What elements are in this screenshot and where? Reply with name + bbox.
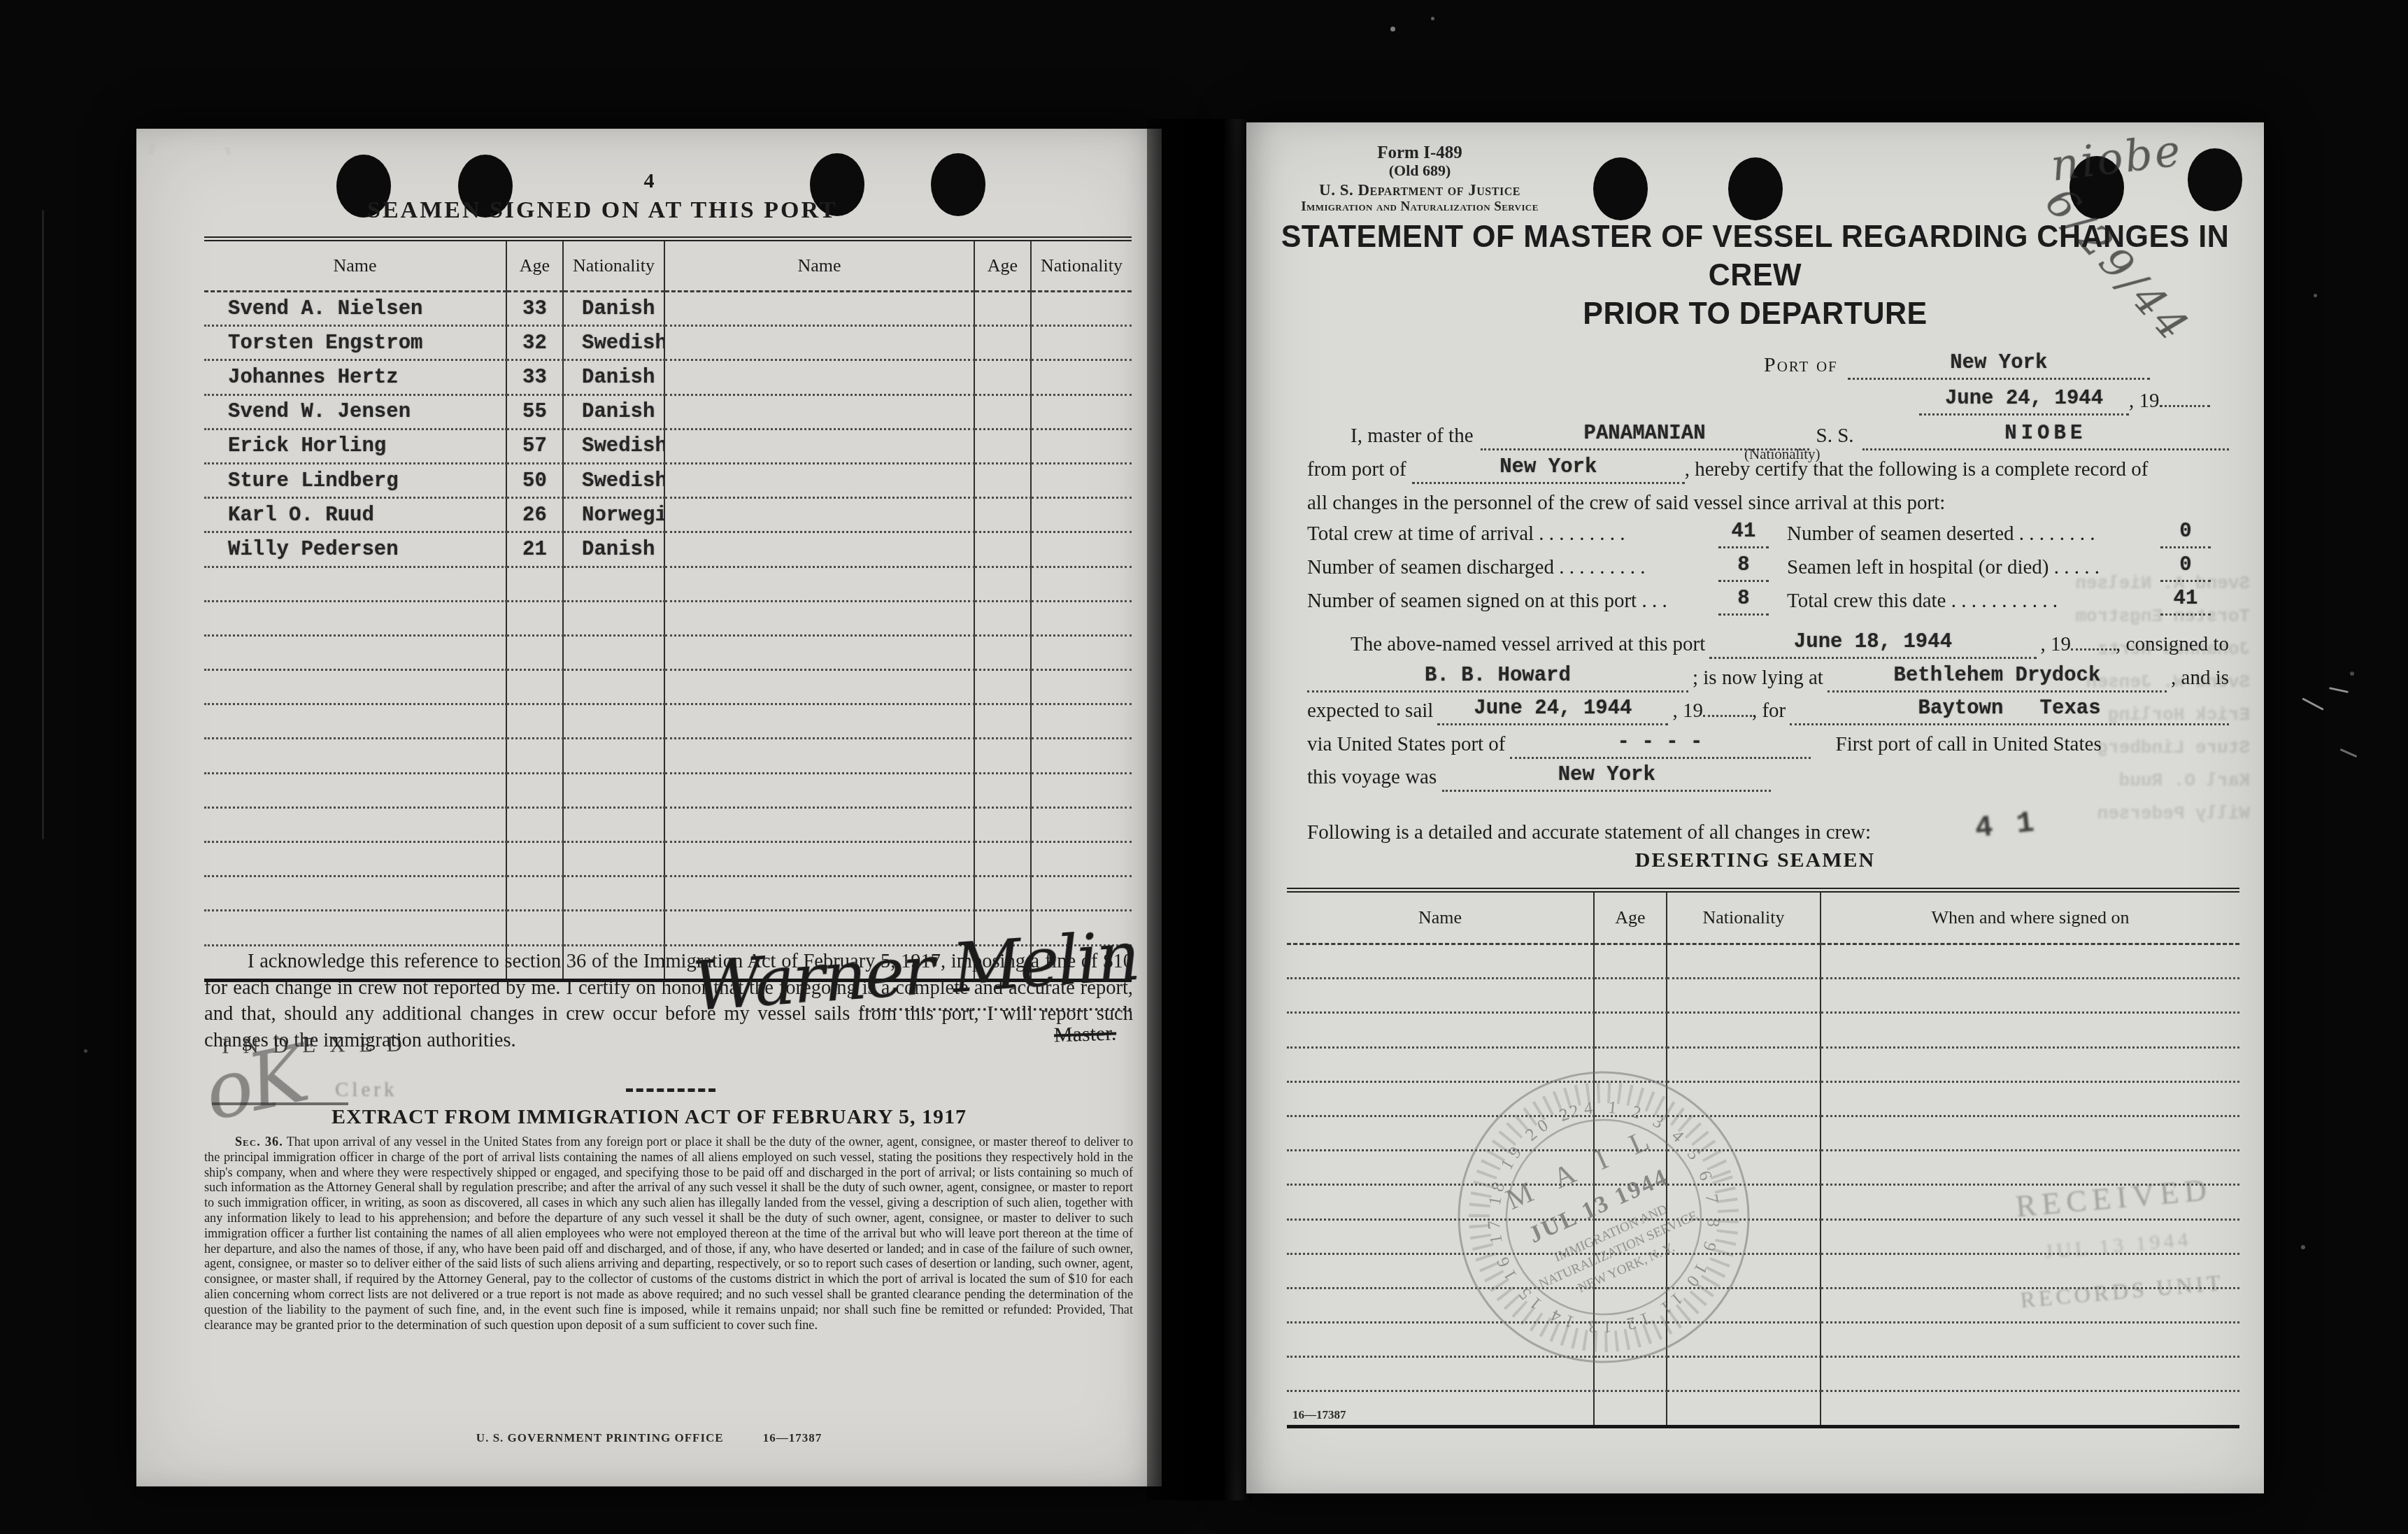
stat-label: Number of seamen signed on at this port …	[1307, 590, 1667, 613]
table-row: Svend W. Jensen 55 Danish	[204, 395, 1132, 429]
crew-name: Willy Pedersen	[204, 532, 506, 567]
vessel-name-value: NIOBE	[2004, 422, 2086, 445]
print-code: 16—17387	[763, 1431, 822, 1444]
crew-age: 33	[506, 360, 563, 395]
print-code: 16—17387	[1292, 1408, 1346, 1422]
crew-rows: Svend A. Nielsen 33 Danish Torsten Engst…	[204, 292, 1132, 567]
left-page-seamen-list: 4 SEAMEN SIGNED ON AT THIS PORT Name Age…	[136, 129, 1162, 1486]
from-port-label: from port of	[1307, 458, 1406, 481]
crew-name: Karl O. Ruud	[204, 498, 506, 532]
crew-name: Erick Horling	[204, 429, 506, 463]
received-date: JUL 13 1944	[1978, 1222, 2258, 1270]
table-header-row: Name Age Nationality Name Age Nationalit…	[204, 239, 1132, 292]
table-row: Sture Lindberg 50 Swedish	[204, 463, 1132, 497]
vessel-name-blank: NIOBE	[1862, 425, 2229, 450]
stat-label: Number of seamen deserted . . . . . . . …	[1787, 523, 2095, 546]
bleedthrough-line: Svend W. Jensen	[1942, 666, 2250, 699]
extract-text: That upon arrival of any vessel in the U…	[204, 1135, 1133, 1332]
right-page-master-statement: Form I-489 (Old 689) U. S. Department of…	[1246, 122, 2264, 1493]
voyage-blank: New York	[1442, 766, 1771, 792]
empty-table-row	[204, 670, 1132, 704]
stat-line: Number of seamen signed on at this port …	[1307, 590, 1787, 623]
stat-label: Total crew at time of arrival . . . . . …	[1307, 523, 1625, 546]
empty-table-row	[204, 601, 1132, 635]
nationality-blank: PANAMANIAN (Nationality)	[1481, 425, 1809, 450]
via-port-value: - - - -	[1618, 730, 1703, 753]
bleedthrough-line: Svend A. Nielsen	[1942, 567, 2250, 600]
certification-paragraph: I, master of the PANAMANIAN (Nationality…	[1307, 425, 2229, 525]
via-port-blank: - - - -	[1510, 733, 1811, 759]
stat-line: Total crew at time of arrival . . . . . …	[1307, 523, 1787, 556]
page-number: 4	[136, 169, 1162, 193]
empty-table-row	[1287, 1357, 2239, 1391]
crew-nationality: Norwegian	[563, 498, 664, 532]
empty-table-row	[1287, 1013, 2239, 1047]
col-header-age: Age	[1594, 890, 1667, 944]
bleedthrough-text: Svend A. NielsenTorsten EngstromJohannes…	[1942, 567, 2250, 830]
left-page-title: SEAMEN SIGNED ON AT THIS PORT	[367, 197, 837, 224]
empty-table-row	[1287, 1391, 2239, 1426]
table-row: Karl O. Ruud 26 Norwegian	[204, 498, 1132, 532]
voyage-value: New York	[1558, 763, 1655, 786]
scan-speck	[225, 146, 231, 155]
arrived-date: June 18, 1944	[1794, 630, 1952, 653]
voyage-label: this voyage was	[1307, 766, 1437, 789]
service-name: Immigration and Naturalization Service	[1280, 199, 1560, 215]
form-title-line2: PRIOR TO DEPARTURE	[1246, 295, 2264, 334]
sail-date-blank: June 24, 1944	[1437, 699, 1668, 725]
stat-value: 8	[1737, 587, 1749, 610]
master-label: Master.	[1053, 1021, 1116, 1047]
form-title-line1: STATEMENT OF MASTER OF VESSEL REGARDING …	[1246, 218, 2264, 294]
port-of-label: Port of	[1764, 353, 1838, 377]
table-header-row: Name Age Nationality When and where sign…	[1287, 890, 2239, 944]
col-header-name: Name	[1287, 890, 1594, 944]
stat-value: 8	[1737, 553, 1749, 576]
date-line: June 24, 1944 , 19	[1919, 390, 2210, 416]
printing-office-footer: U. S. GOVERNMENT PRINTING OFFICE16—17387	[136, 1431, 1162, 1445]
crew-age: 32	[506, 326, 563, 360]
empty-table-row	[204, 739, 1132, 773]
col-header-age-2: Age	[974, 239, 1031, 292]
empty-table-row	[1287, 1081, 2239, 1116]
port-of-value: New York	[1950, 351, 2047, 374]
crew-nationality: Danish	[563, 532, 664, 567]
table-row: Willy Pedersen 21 Danish	[204, 532, 1132, 567]
crew-name: Svend W. Jensen	[204, 395, 506, 429]
department-name: U. S. Department of Justice	[1280, 181, 1560, 199]
crew-age: 26	[506, 498, 563, 532]
crew-nationality: Danish	[563, 292, 664, 326]
stat-value-blank: 41	[1718, 523, 1769, 548]
section-label: Sec. 36.	[204, 1135, 283, 1149]
stat-value-blank: 0	[2160, 523, 2211, 548]
cert-lead: I, master of the	[1351, 425, 1474, 448]
table-row: Johannes Hertz 33 Danish	[204, 360, 1132, 395]
punch-hole	[1593, 157, 1648, 220]
bleedthrough-line: Sture Lindberg	[1942, 732, 2250, 765]
form-identifier-block: Form I-489 (Old 689) U. S. Department of…	[1280, 143, 1560, 215]
crew-nationality: Swedish	[563, 326, 664, 360]
empty-table-row	[204, 876, 1132, 911]
empty-table-row	[204, 635, 1132, 669]
date-value: June 24, 1944	[1945, 387, 2103, 410]
scanned-document: 4 SEAMEN SIGNED ON AT THIS PORT Name Age…	[0, 0, 2408, 1534]
via-port-label: via United States port of	[1307, 733, 1506, 756]
col-header-nationality-2: Nationality	[1031, 239, 1132, 292]
consignee-value: B. B. Howard	[1425, 664, 1571, 687]
stat-line: Number of seamen deserted . . . . . . . …	[1787, 523, 2229, 556]
col-header-nationality: Nationality	[563, 239, 664, 292]
table-row: Torsten Engstrom 32 Swedish	[204, 326, 1132, 360]
empty-table-row	[1287, 1047, 2239, 1081]
crew-name: Torsten Engstrom	[204, 326, 506, 360]
lying-at-label: ; is now lying at	[1693, 667, 1823, 690]
col-header-name: Name	[204, 239, 506, 292]
stat-value: 0	[2179, 520, 2191, 543]
col-header-age: Age	[506, 239, 563, 292]
ss-label: S. S.	[1816, 425, 1854, 448]
consignee-blank: B. B. Howard	[1307, 667, 1688, 693]
crew-age: 55	[506, 395, 563, 429]
bleedthrough-line: Karl O. Ruud	[1942, 765, 2250, 797]
form-old-number: (Old 689)	[1280, 162, 1560, 180]
dash-mark	[626, 1088, 715, 1092]
from-port-value: New York	[1499, 455, 1597, 478]
clerk-label: Clerk	[335, 1079, 397, 1102]
bleedthrough-line: Erick Horling	[1942, 699, 2250, 732]
crew-age: 57	[506, 429, 563, 463]
empty-table-row	[1287, 979, 2239, 1013]
bleedthrough-line: Johannes Hertz	[1942, 633, 2250, 666]
page-fold-shadow	[1147, 119, 1252, 1500]
empty-table-row	[1287, 1323, 2239, 1357]
from-port-blank: New York	[1412, 458, 1685, 484]
arrived-label: The above-named vessel arrived at this p…	[1351, 633, 1705, 656]
punch-hole	[1728, 157, 1783, 220]
table-row: Svend A. Nielsen 33 Danish	[204, 292, 1132, 326]
crew-nationality: Danish	[563, 395, 664, 429]
year-prefix: , 19	[2129, 390, 2160, 413]
stat-value: 41	[1732, 520, 1756, 543]
empty-table-row	[1287, 944, 2239, 979]
crew-age: 33	[506, 292, 563, 326]
printing-office-label: U. S. GOVERNMENT PRINTING OFFICE	[476, 1431, 724, 1444]
form-number: Form I-489	[1280, 143, 1560, 163]
year-blank	[2160, 405, 2210, 407]
following-statement-line: Following is a detailed and accurate sta…	[1307, 821, 1871, 844]
empty-table-row	[204, 842, 1132, 876]
crew-name: Sture Lindberg	[204, 463, 506, 497]
stat-label: Number of seamen discharged . . . . . . …	[1307, 556, 1645, 579]
col-header-nationality: Nationality	[1667, 890, 1821, 944]
stat-value-blank: 8	[1718, 556, 1769, 582]
nationality-value: PANAMANIAN	[1584, 422, 1706, 445]
crew-age: 50	[506, 463, 563, 497]
crew-nationality: Danish	[563, 360, 664, 395]
deserting-seamen-title: DESERTING SEAMEN	[1246, 848, 2264, 872]
crew-nationality: Swedish	[563, 463, 664, 497]
sail-date: June 24, 1944	[1474, 697, 1632, 720]
expected-sail-label: expected to sail	[1307, 699, 1433, 723]
bleedthrough-line: Torsten Engstrom	[1942, 600, 2250, 633]
nationality-caption: (Nationality)	[1744, 446, 1820, 463]
extract-paragraph: Sec. 36. That upon arrival of any vessel…	[204, 1135, 1133, 1333]
port-of-blank: New York	[1848, 354, 2150, 380]
signature-line	[860, 1008, 1132, 1011]
empty-crew-rows	[204, 567, 1132, 980]
stat-line: Number of seamen discharged . . . . . . …	[1307, 556, 1787, 590]
col-header-when-where: When and where signed on	[1821, 890, 2239, 944]
cert-line3: all changes in the personnel of the crew…	[1307, 492, 1945, 515]
date-blank: June 24, 1944	[1919, 390, 2129, 416]
received-stamp: RECEIVED JUL 13 1944 RECORDS UNIT	[1973, 1168, 2263, 1316]
port-of-line: Port of New York	[1764, 353, 2150, 380]
crew-nationality: Swedish	[563, 429, 664, 463]
punch-hole	[2188, 148, 2242, 211]
form-title: STATEMENT OF MASTER OF VESSEL REGARDING …	[1246, 218, 2264, 333]
empty-table-row	[204, 704, 1132, 739]
crew-name: Johannes Hertz	[204, 360, 506, 395]
empty-table-row	[204, 807, 1132, 841]
scan-speck	[148, 143, 156, 155]
col-header-name-2: Name	[664, 239, 974, 292]
empty-table-row	[204, 773, 1132, 807]
crew-age: 21	[506, 532, 563, 567]
table-row: Erick Horling 57 Swedish	[204, 429, 1132, 463]
stat-value-blank: 8	[1718, 590, 1769, 616]
seamen-signed-on-table: Name Age Nationality Name Age Nationalit…	[204, 236, 1132, 982]
empty-table-row	[204, 567, 1132, 601]
extract-title: EXTRACT FROM IMMIGRATION ACT OF FEBRUARY…	[136, 1105, 1162, 1129]
crew-name: Svend A. Nielsen	[204, 292, 506, 326]
